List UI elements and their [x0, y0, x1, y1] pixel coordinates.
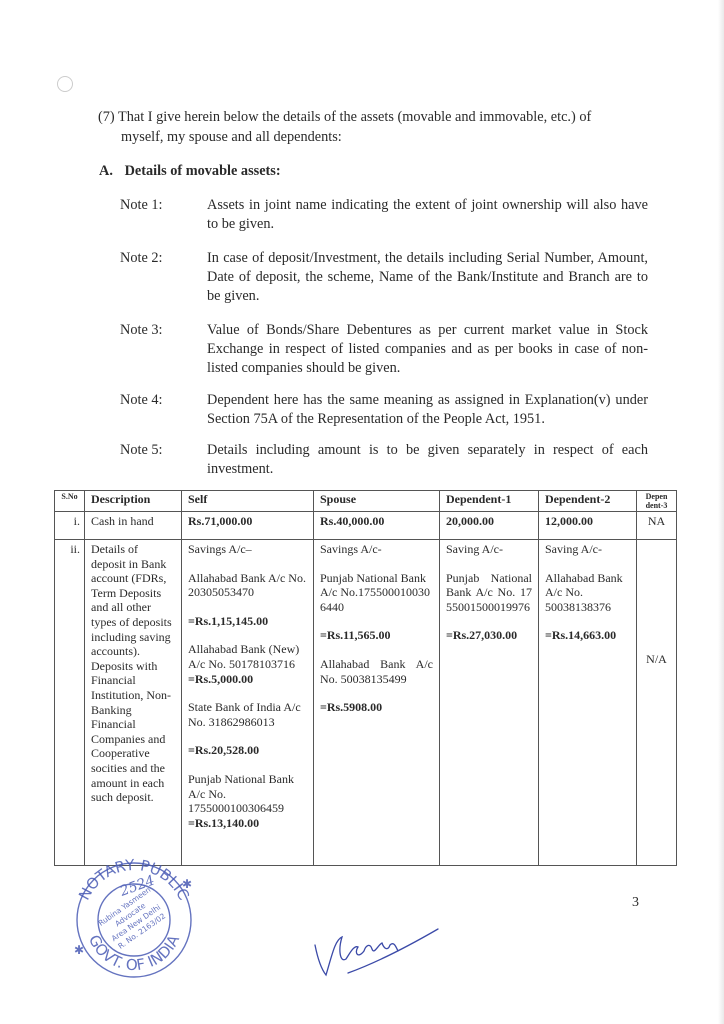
deposits-spouse: Savings A/c- Punjab National Bank A/c No…: [314, 540, 440, 866]
note-label: Note 1:: [120, 196, 163, 215]
account-amount: =Rs.11,565.00: [320, 628, 433, 643]
account-bank: Allahabad Bank A/c No. 50038135499: [320, 657, 433, 686]
row-description: Cash in hand: [85, 512, 182, 540]
note-4: Note 4: Dependent here has the same mean…: [120, 391, 648, 429]
page-edge-shadow: [718, 0, 724, 1024]
cash-self: Rs.71,000.00: [182, 512, 314, 540]
svg-text:✱: ✱: [182, 877, 192, 891]
note-text: Details including amount is to be given …: [207, 441, 648, 479]
note-label: Note 2:: [120, 249, 163, 268]
account-bank: Punjab National Bank A/c No.175500010030…: [320, 571, 433, 615]
note-text: In case of deposit/Investment, the detai…: [207, 249, 648, 306]
header-self: Self: [182, 491, 314, 512]
header-dependent-3: Depen dent-3: [637, 491, 677, 512]
deposits-dependent-2: Saving A/c- Allahabad Bank A/c No. 50038…: [539, 540, 637, 866]
account-type: Saving A/c-: [446, 542, 532, 557]
account-amount: =Rs.5,000.00: [188, 672, 307, 687]
note-2: Note 2: In case of deposit/Investment, t…: [120, 249, 648, 306]
deposits-dependent-1: Saving A/c- Punjab National Bank A/c No.…: [440, 540, 539, 866]
header-spouse: Spouse: [314, 491, 440, 512]
account-amount: =Rs.5908.00: [320, 700, 433, 715]
paragraph-line-1: That I give herein below the details of …: [118, 109, 591, 125]
cash-dependent-1: 20,000.00: [440, 512, 539, 540]
cash-spouse: Rs.40,000.00: [314, 512, 440, 540]
account-type: Savings A/c–: [188, 542, 307, 557]
account-bank: Punjab National Bank A/c No. 17550001003…: [188, 772, 307, 816]
signature: [310, 915, 450, 985]
account-amount: =Rs.14,663.00: [545, 628, 630, 643]
note-text: Value of Bonds/Share Debentures as per c…: [207, 321, 648, 378]
section-letter: A.: [99, 163, 121, 180]
notary-stamp: NOTARY PUBLIC GOVT. OF INDIA Rubina Yasm…: [64, 858, 204, 980]
note-1: Note 1: Assets in joint name indicating …: [120, 196, 648, 234]
header-description: Description: [85, 491, 182, 512]
note-3: Note 3: Value of Bonds/Share Debentures …: [120, 321, 648, 378]
movable-assets-table: S.No Description Self Spouse Dependent-1…: [54, 490, 677, 866]
table-header-row: S.No Description Self Spouse Dependent-1…: [55, 491, 677, 512]
note-label: Note 3:: [120, 321, 163, 340]
header-sno: S.No: [55, 491, 85, 512]
assets-declaration-paragraph: (7) That I give herein below the details…: [98, 107, 648, 147]
account-type: Savings A/c-: [320, 542, 433, 557]
deposits-dependent-3: N/A: [637, 540, 677, 866]
paragraph-line-2: myself, my spouse and all dependents:: [98, 127, 648, 147]
account-bank: Allahabad Bank (New) A/c No. 50178103716: [188, 642, 307, 671]
deposits-self: Savings A/c– Allahabad Bank A/c No. 2030…: [182, 540, 314, 866]
account-bank: Punjab National Bank A/c No. 17550015000…: [446, 571, 532, 615]
note-text: Assets in joint name indicating the exte…: [207, 196, 648, 234]
row-sno: ii.: [55, 540, 85, 866]
section-heading: A. Details of movable assets:: [99, 163, 281, 180]
section-title: Details of movable assets:: [125, 163, 281, 179]
account-amount: =Rs.13,140.00: [188, 816, 307, 831]
account-bank: Allahabad Bank A/c No. 20305053470: [188, 571, 307, 600]
account-amount: =Rs.27,030.00: [446, 628, 532, 643]
paragraph-number: (7): [98, 109, 115, 125]
punch-hole: [57, 76, 73, 92]
table-row: i. Cash in hand Rs.71,000.00 Rs.40,000.0…: [55, 512, 677, 540]
note-5: Note 5: Details including amount is to b…: [120, 441, 648, 479]
row-description: Details of deposit in Bank account (FDRs…: [85, 540, 182, 866]
account-amount: =Rs.1,15,145.00: [188, 614, 307, 629]
svg-text:✱: ✱: [74, 943, 84, 957]
cash-dependent-2: 12,000.00: [539, 512, 637, 540]
account-bank: State Bank of India A/c No. 31862986013: [188, 700, 307, 729]
page-number: 3: [632, 895, 639, 911]
account-amount: =Rs.20,528.00: [188, 743, 307, 758]
header-dependent-1: Dependent-1: [440, 491, 539, 512]
note-text: Dependent here has the same meaning as a…: [207, 391, 648, 429]
account-bank: Allahabad Bank A/c No. 50038138376: [545, 571, 630, 615]
header-dependent-2: Dependent-2: [539, 491, 637, 512]
note-label: Note 4:: [120, 391, 163, 410]
row-sno: i.: [55, 512, 85, 540]
note-label: Note 5:: [120, 441, 163, 460]
table-row: ii. Details of deposit in Bank account (…: [55, 540, 677, 866]
cash-dependent-3: NA: [637, 512, 677, 540]
account-type: Saving A/c-: [545, 542, 630, 557]
